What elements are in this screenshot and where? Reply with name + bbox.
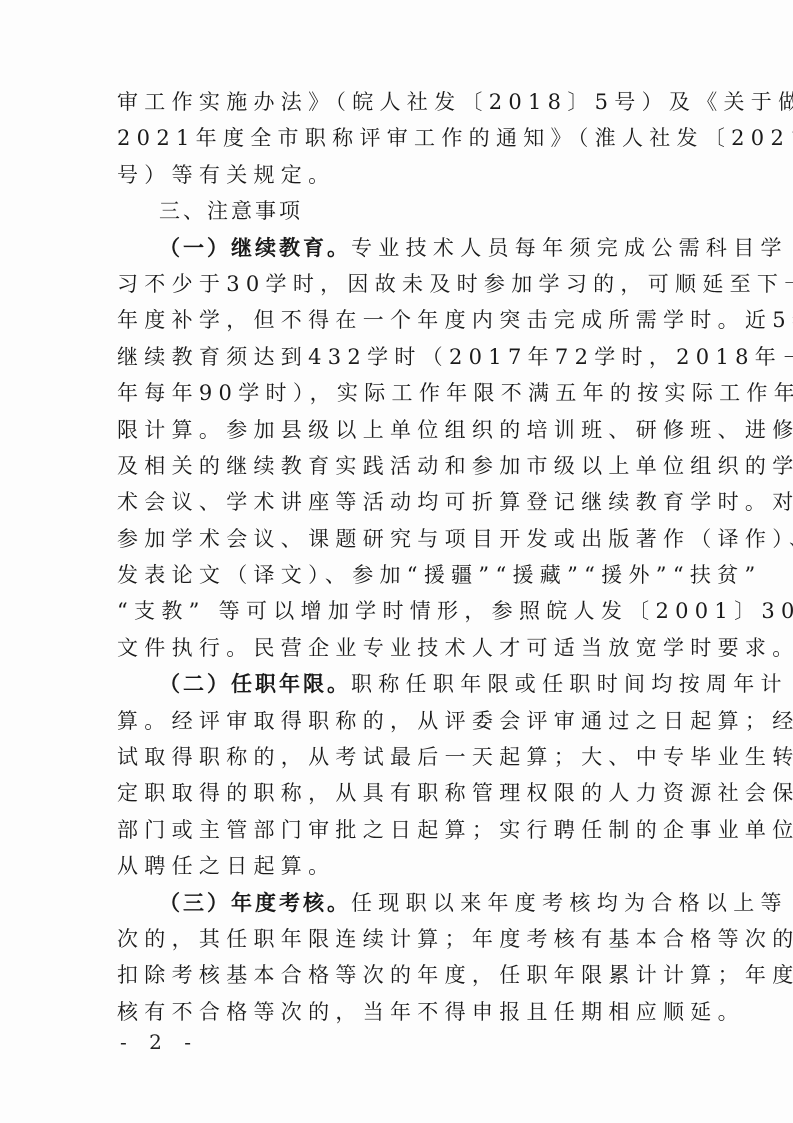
body-line: 习不少于30学时，因故未及时参加学习的，可顺延至下一 (117, 266, 677, 302)
item-text: 职称任职年限或任职时间均按周年计 (351, 672, 788, 696)
body-line: 继续教育须达到432学时（2017年72学时，2018年－2021 (117, 339, 677, 375)
item-first-line: （三）年度考核。任现职以来年度考核均为合格以上等 (117, 885, 677, 921)
body-line: 从聘任之日起算。 (117, 848, 677, 884)
body-line: 年度补学，但不得在一个年度内突击完成所需学时。近5年 (117, 302, 677, 338)
body-line: 部门或主管部门审批之日起算；实行聘任制的企事业单位， (117, 812, 677, 848)
item-label: （三）年度考核。 (159, 891, 351, 915)
page-number: - 2 - (120, 1030, 199, 1054)
body-line: 年每年90学时），实际工作年限不满五年的按实际工作年 (117, 375, 677, 411)
item-label: （一）继续教育。 (159, 236, 351, 260)
intro-line: 号）等有关规定。 (117, 157, 677, 193)
section-heading: 三、注意事项 (117, 193, 677, 229)
body-line: 发表论文（译文）、参加“援疆”“援藏”“援外”“扶贫” (117, 557, 677, 593)
item-label: （二）任职年限。 (159, 672, 351, 696)
item-text: 任现职以来年度考核均为合格以上等 (351, 891, 788, 915)
body-line: 参加学术会议、课题研究与项目开发或出版著作（译作）、 (117, 521, 677, 557)
item-text: 专业技术人员每年须完成公需科目学 (351, 236, 788, 260)
body-line: 文件执行。民营企业专业技术人才可适当放宽学时要求。 (117, 630, 677, 666)
body-line: 定职取得的职称，从具有职称管理权限的人力资源社会保障 (117, 775, 677, 811)
item-first-line: （二）任职年限。职称任职年限或任职时间均按周年计 (117, 666, 677, 702)
body-line: “支教” 等可以增加学时情形，参照皖人发〔2001〕30号 (117, 593, 677, 629)
item-first-line: （一）继续教育。专业技术人员每年须完成公需科目学 (117, 230, 677, 266)
body-line: 及相关的继续教育实践活动和参加市级以上单位组织的学 (117, 448, 677, 484)
body-line: 试取得职称的，从考试最后一天起算；大、中专毕业生转正 (117, 739, 677, 775)
intro-line: 审工作实施办法》（皖人社发〔2018〕5号）及《关于做好 (117, 84, 677, 120)
body-line: 算。经评审取得职称的，从评委会评审通过之日起算；经考 (117, 703, 677, 739)
body-line: 扣除考核基本合格等次的年度，任职年限累计计算；年度考 (117, 957, 677, 993)
body-line: 次的，其任职年限连续计算；年度考核有基本合格等次的， (117, 921, 677, 957)
intro-line: 2021年度全市职称评审工作的通知》（淮人社发〔2021〕69 (117, 120, 677, 156)
body-line: 限计算。参加县级以上单位组织的培训班、研修班、进修班 (117, 412, 677, 448)
document-page: 审工作实施办法》（皖人社发〔2018〕5号）及《关于做好 2021年度全市职称评… (0, 0, 793, 1123)
document-body: 审工作实施办法》（皖人社发〔2018〕5号）及《关于做好 2021年度全市职称评… (117, 84, 677, 1030)
body-line: 核有不合格等次的，当年不得申报且任期相应顺延。 (117, 994, 677, 1030)
body-line: 术会议、学术讲座等活动均可折算登记继续教育学时。对于 (117, 484, 677, 520)
